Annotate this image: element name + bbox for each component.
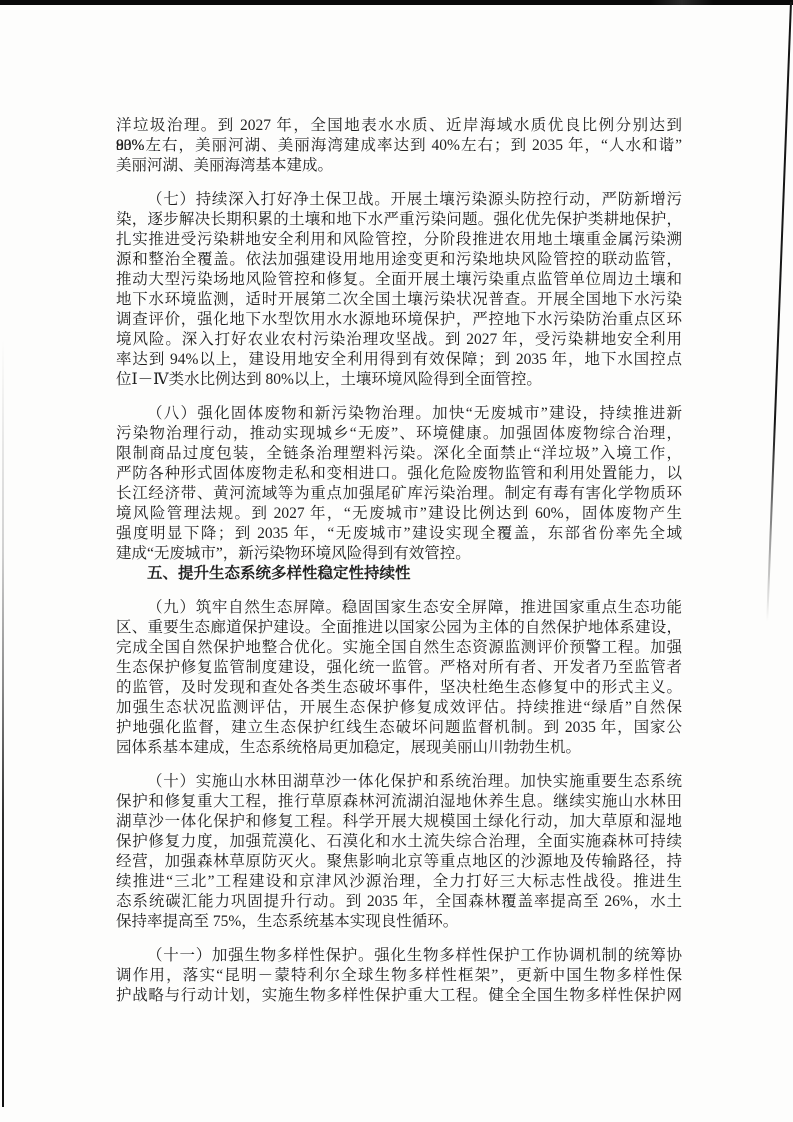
- text-line: 境风险管理法规。到 2027 年，“无废城市”建设比例达到 60%，固体废物产生: [116, 504, 682, 524]
- text-line: 83%左右，美丽河湖、美丽海湾建成率达到 40%左右；到 2035 年，“人水和…: [116, 136, 682, 156]
- text-line: 污染物治理行动，推动实现城乡“无废”、环境健康。加强固体废物综合治理，: [116, 424, 682, 444]
- text-line: 完成全国自然保护地整合优化。实施全国自然生态资源监测评价预警工程。加强: [116, 638, 682, 658]
- text-line: 强度明显下降；到 2035 年，“无废城市”建设实现全覆盖，东部省份率先全域: [116, 524, 682, 544]
- text-line: 护地强化监督，建立生态保护红线生态破坏问题监督机制。到 2035 年，国家公: [116, 718, 682, 738]
- text-line: 位Ⅰ－Ⅳ类水比例达到 80%以上，土壤环境风险得到全面管控。: [116, 370, 682, 390]
- paragraph-8-solid-waste: （八）强化固体废物和新污染物治理。加快“无废城市”建设，持续推进新污染物治理行动…: [116, 404, 682, 564]
- paragraph-7-soil-protection: （七）持续深入打好净土保卫战。开展土壤污染源头防控行动，严防新增污染，逐步解决长…: [116, 190, 682, 390]
- paragraph-11-biodiversity: （十一）加强生物多样性保护。强化生物多样性保护工作协调机制的统筹协调作用，落实“…: [116, 946, 682, 1006]
- text-line: 限制商品过度包装，全链条治理塑料污染。深化全面禁止“洋垃圾”入境工作，: [116, 444, 682, 464]
- text-line: 长江经济带、黄河流域等为重点加强尾矿库污染治理。制定有毒有害化学物质环: [116, 484, 682, 504]
- text-line: 扎实推进受污染耕地安全利用和风险管控，分阶段推进农用地土壤重金属污染溯: [116, 230, 682, 250]
- text-line: 生态保护修复监管制度建设，强化统一监管。严格对所有者、开发者乃至监管者: [116, 658, 682, 678]
- text-line: 美丽河湖、美丽海湾基本建成。: [116, 156, 682, 176]
- text-line: 境风险。深入打好农业农村污染治理攻坚战。到 2027 年，受污染耕地安全利用: [116, 330, 682, 350]
- text-line: 加强生态状况监测评估，开展生态保护修复成效评估。持续推进“绿盾”自然保: [116, 698, 682, 718]
- document-body: 洋垃圾治理。到 2027 年，全国地表水水质、近岸海域水质优良比例分别达到 90…: [116, 116, 682, 1006]
- text-line: （七）持续深入打好净土保卫战。开展土壤污染源头防控行动，严防新增污: [116, 190, 682, 210]
- text-line: （十一）加强生物多样性保护。强化生物多样性保护工作协调机制的统筹协: [116, 946, 682, 966]
- text-line: 染，逐步解决长期积累的土壤和地下水严重污染问题。强化优先保护类耕地保护，: [116, 210, 682, 230]
- text-line: 地下水环境监测，适时开展第二次全国土壤污染状况普查。开展全国地下水污染: [116, 290, 682, 310]
- text-line: 湖草沙一体化保护和修复工程。科学开展大规模国土绿化行动，加大草原和湿地: [116, 812, 682, 832]
- text-line: 推动大型污染场地风险管控和修复。全面开展土壤污染重点监管单位周边土壤和: [116, 270, 682, 290]
- text-line: 调作用，落实“昆明－蒙特利尔全球生物多样性框架”，更新中国生物多样性保: [116, 966, 682, 986]
- text-line: 的监管，及时发现和查处各类生态破坏事件，坚决杜绝生态修复中的形式主义。: [116, 678, 682, 698]
- scanned-document-page: 洋垃圾治理。到 2027 年，全国地表水水质、近岸海域水质优良比例分别达到 90…: [0, 0, 793, 1122]
- heading-line: 五、提升生态系统多样性稳定性持续性: [116, 564, 682, 584]
- text-line: 建成“无废城市”，新污染物环境风险得到有效管控。: [116, 544, 682, 564]
- text-line: 护战略与行动计划，实施生物多样性保护重大工程。健全全国生物多样性保护网: [116, 986, 682, 1006]
- scan-artifact-right-edge: [766, 2, 792, 622]
- text-line: 区、重要生态廊道保护建设。全面推进以国家公园为主体的自然保护地体系建设，: [116, 618, 682, 638]
- text-line: 保护修复力度，加强荒漠化、石漠化和水土流失综合治理，全面实施森林可持续: [116, 832, 682, 852]
- text-line: 保护和修复重大工程，推行草原森林河流湖泊湿地休养生息。继续实施山水林田: [116, 792, 682, 812]
- section-heading-5-ecosystem: 五、提升生态系统多样性稳定性持续性: [116, 564, 682, 584]
- paragraph-9-ecological-barrier: （九）筑牢自然生态屏障。稳固国家生态安全屏障，推进国家重点生态功能区、重要生态廊…: [116, 598, 682, 758]
- text-line: （十）实施山水林田湖草沙一体化保护和系统治理。加快实施重要生态系统: [116, 772, 682, 792]
- paragraph-10-integrated-conservation: （十）实施山水林田湖草沙一体化保护和系统治理。加快实施重要生态系统保护和修复重大…: [116, 772, 682, 932]
- scan-artifact-top-bar: [0, 0, 793, 5]
- text-line: 园体系基本建成，生态系统格局更加稳定，展现美丽山川勃勃生机。: [116, 738, 682, 758]
- text-line: 源和整治全覆盖。依法加强建设用地用途变更和污染地块风险管控的联动监管，: [116, 250, 682, 270]
- text-line: 经营，加强森林草原防灭火。聚焦影响北京等重点地区的沙源地及传输路径，持: [116, 852, 682, 872]
- text-line: 调查评价，强化地下水型饮用水水源地环境保护，严控地下水污染防治重点区环: [116, 310, 682, 330]
- text-line: 保持率提高至 75%，生态系统基本实现良性循环。: [116, 912, 682, 932]
- text-line: （八）强化固体废物和新污染物治理。加快“无废城市”建设，持续推进新: [116, 404, 682, 424]
- text-line: 洋垃圾治理。到 2027 年，全国地表水水质、近岸海域水质优良比例分别达到 90…: [116, 116, 682, 136]
- scan-artifact-left-edge: [2, 340, 4, 1107]
- text-line: 率达到 94%以上，建设用地安全利用得到有效保障；到 2035 年，地下水国控点: [116, 350, 682, 370]
- text-line: 严防各种形式固体废物走私和变相进口。强化危险废物监管和利用处置能力，以: [116, 464, 682, 484]
- paragraph-water-quality-continuation: 洋垃圾治理。到 2027 年，全国地表水水质、近岸海域水质优良比例分别达到 90…: [116, 116, 682, 176]
- text-line: 态系统碳汇能力巩固提升行动。到 2035 年，全国森林覆盖率提高至 26%，水土: [116, 892, 682, 912]
- text-line: （九）筑牢自然生态屏障。稳固国家生态安全屏障，推进国家重点生态功能: [116, 598, 682, 618]
- text-line: 续推进“三北”工程建设和京津风沙源治理，全力打好三大标志性战役。推进生: [116, 872, 682, 892]
